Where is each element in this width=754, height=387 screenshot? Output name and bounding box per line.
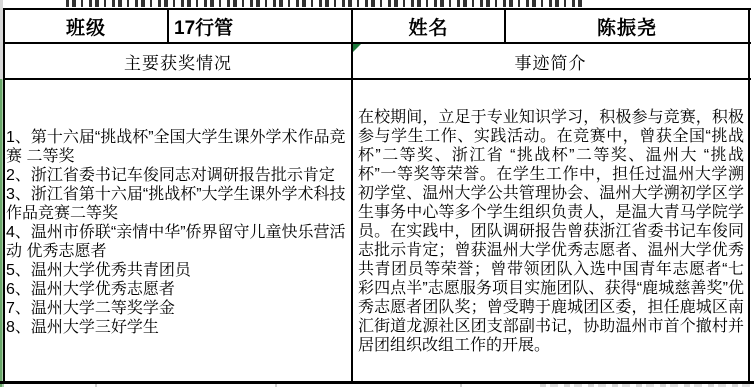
award-item: 1、第十六届“挑战杯”全国大学生课外学术作品竞赛 二等奖 [6,128,350,166]
name-label: 姓名 [408,13,448,40]
name-value-cell: 陈振尧 [506,10,748,42]
awards-list: 1、第十六届“挑战杯”全国大学生课外学术作品竞赛 二等奖2、浙江省委书记车俊同志… [6,80,350,380]
class-label: 班级 [66,13,106,40]
award-item: 8、温州大学三好学生 [6,318,350,337]
award-item: 3、浙江省第十六届“挑战杯”大学生课外学术科技作品竞赛二等奖 [6,185,350,223]
class-value-cell: 17行管 [169,10,356,42]
name-label-cell: 姓名 [353,10,504,42]
class-label-cell: 班级 [5,10,167,42]
award-item: 4、温州市侨联“亲情中华”侨界留守儿童快乐营活动 优秀志愿者 [6,223,350,261]
table-border-right [748,8,750,383]
awards-section-header-cell: 主要获奖情况 [5,44,351,78]
class-value: 17行管 [174,13,233,40]
deeds-paragraph: 在校期间，立足于专业知识学习，积极参与竞赛，积极参与学生工作、实践活动。在竞赛中… [358,80,744,380]
award-item: 5、温州大学优秀共青团员 [6,261,350,280]
awards-section-header: 主要获奖情况 [124,49,232,74]
award-item: 7、温州大学二等奖学金 [6,299,350,318]
award-item: 2、浙江省委书记车俊同志对调研报告批示肯定 [6,166,350,185]
clipped-title-row-fragments [66,0,586,7]
deeds-text: 在校期间，立足于专业知识学习，积极参与竞赛，积极参与学生工作、实践活动。在竞赛中… [358,109,744,354]
form-table-sheet: 班级 17行管 姓名 陈振尧 主要获奖情况 事迹简介 1、第十六届“挑战杯”全国… [0,0,754,387]
deeds-section-header-cell: 事迹简介 [353,44,748,78]
name-value: 陈振尧 [597,13,657,40]
excel-error-triangle-icon [353,44,361,52]
deeds-section-header: 事迹简介 [515,49,587,74]
award-item: 6、温州大学优秀志愿者 [6,280,350,299]
